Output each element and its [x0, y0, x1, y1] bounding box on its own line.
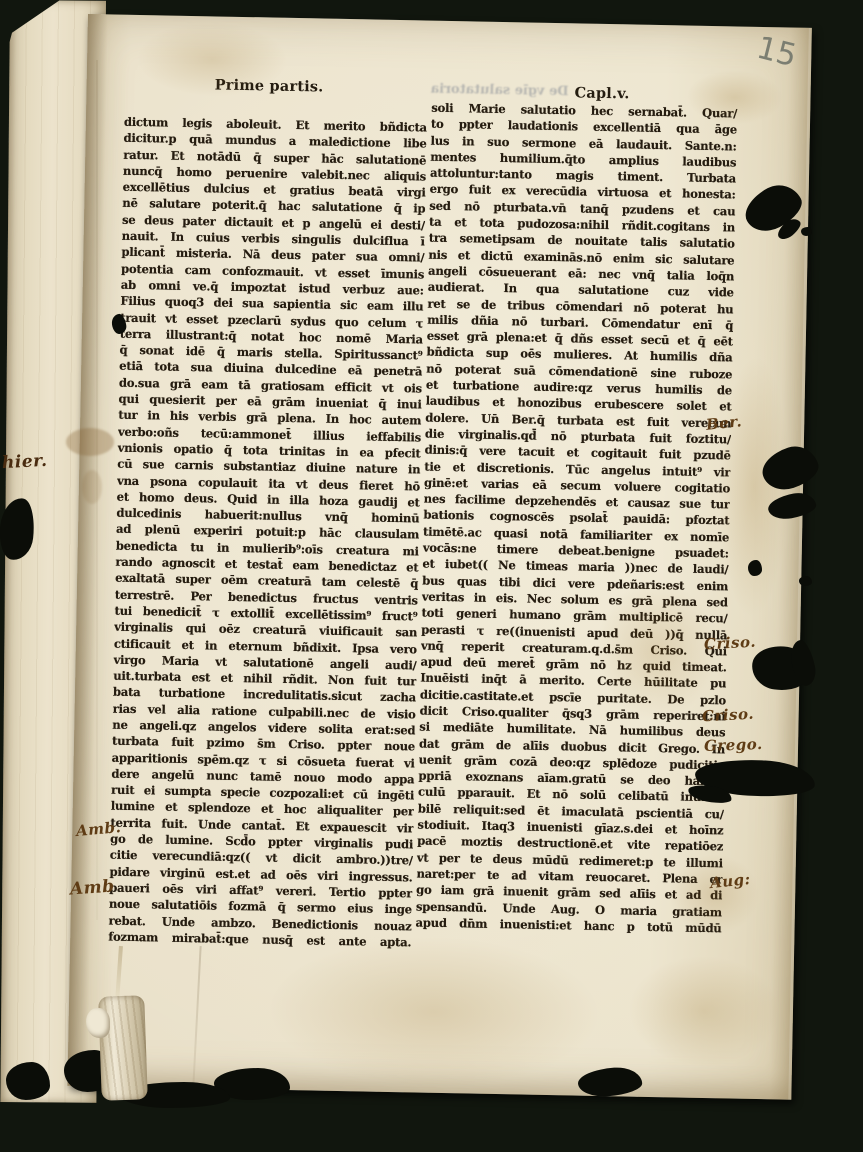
stain: [628, 955, 780, 1068]
show-through-text: De vgīe salutatoria: [378, 81, 568, 100]
stain: [267, 934, 600, 1090]
ink-blot: [801, 227, 812, 236]
paper-curl: [86, 1008, 110, 1038]
stain: [136, 21, 287, 98]
ink-blot: [6, 1062, 50, 1100]
smudge: [82, 470, 102, 504]
chapter-heading: Capl.v.: [574, 84, 629, 102]
scanned-book-photo: Prime partis. Capl.v. De vgīe salutatori…: [0, 0, 863, 1152]
text-column-right: soli Marie salutatio hec sernabat̄. Quar…: [415, 100, 737, 937]
text-column-left: dictum legis aboleuit. Et merito bñdicta…: [108, 114, 427, 951]
margin-note-hieronymus: hier.: [2, 451, 48, 473]
margin-note-gregorius: Grego.: [704, 735, 763, 755]
stain: [668, 853, 760, 935]
margin-note-bernardus: Ber.: [705, 412, 743, 434]
ink-blot: [748, 560, 762, 576]
book-page: Prime partis. Capl.v. De vgīe salutatori…: [67, 14, 811, 1100]
ink-blot: [799, 576, 812, 586]
margin-note-chrysostomus: Criso.: [704, 633, 757, 654]
margin-note-chrysostomus-2: Criso.: [702, 705, 755, 726]
margin-note-ambrosius-2: Amb: [69, 876, 115, 899]
smudge: [66, 428, 114, 456]
